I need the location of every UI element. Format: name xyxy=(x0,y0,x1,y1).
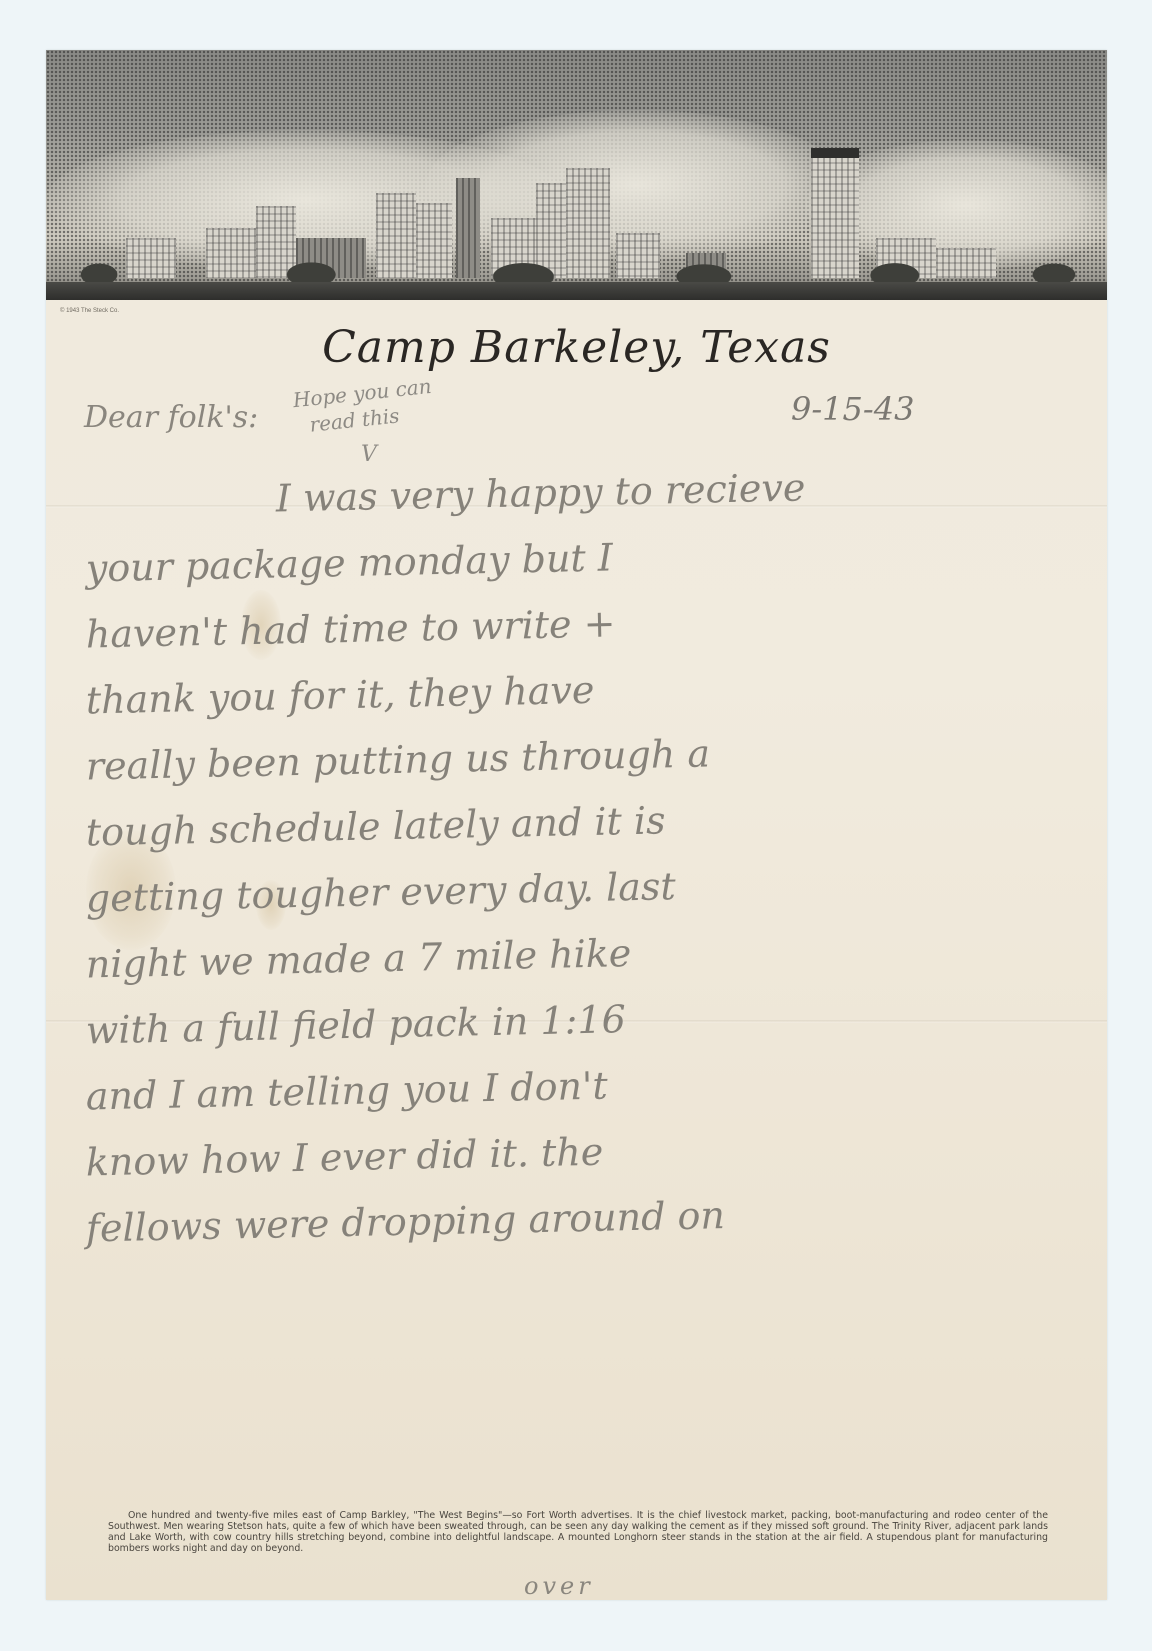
skyline-header-image xyxy=(46,50,1107,300)
check-mark: V xyxy=(361,442,377,467)
letter-body: I was very happy to recieve your package… xyxy=(86,470,1086,1262)
letter-date: 9-15-43 xyxy=(791,390,914,428)
footer-description: One hundred and twenty-five miles east o… xyxy=(108,1510,1048,1554)
letterhead-title: Camp Barkeley, Texas xyxy=(46,322,1107,373)
over-note: over xyxy=(524,1572,594,1600)
copyright-notice: © 1943 The Steck Co. xyxy=(60,308,119,314)
letter-page: © 1943 The Steck Co. Camp Barkeley, Texa… xyxy=(46,50,1107,1600)
margin-note: Hope you can read this xyxy=(292,373,436,439)
salutation: Dear folk's: xyxy=(84,400,258,435)
